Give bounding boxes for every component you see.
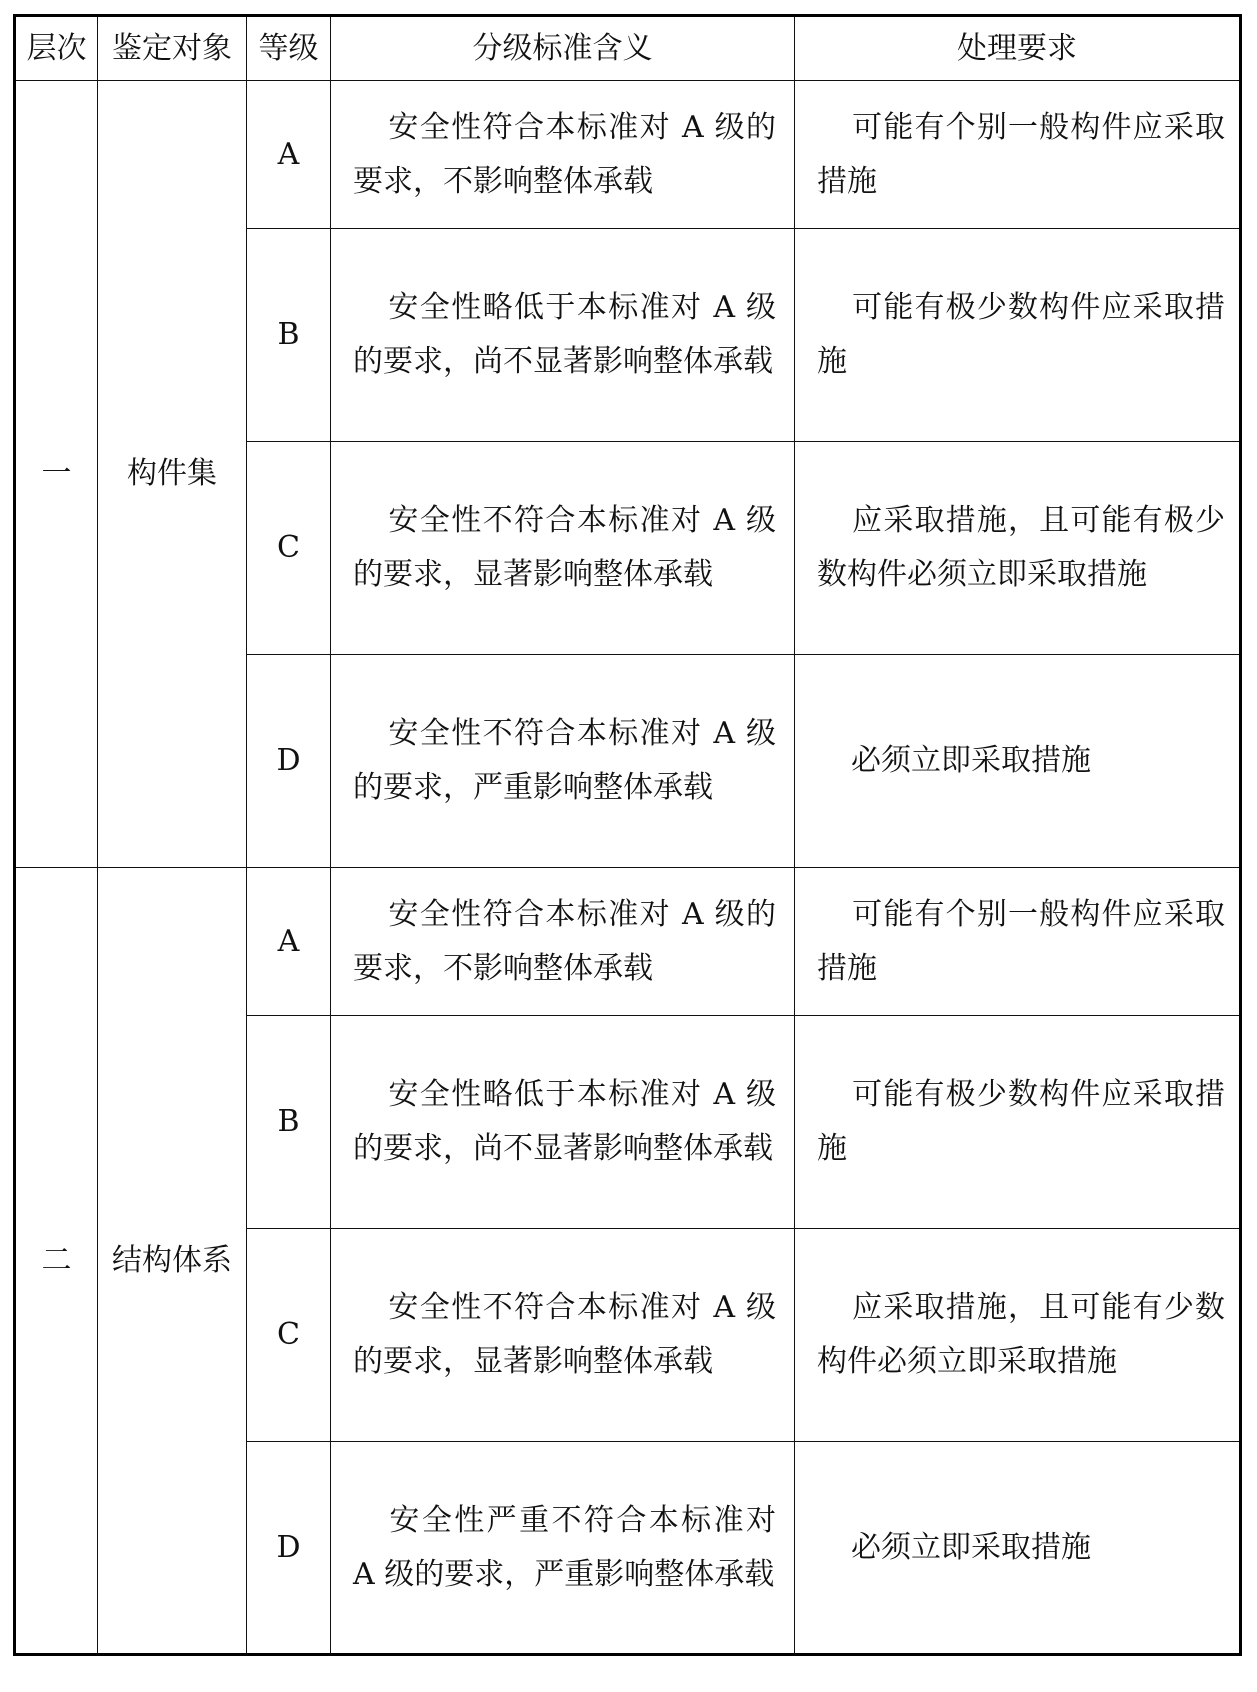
header-requirement: 处理要求 bbox=[795, 16, 1241, 81]
header-meaning: 分级标准含义 bbox=[331, 16, 795, 81]
meaning-cell: 安全性严重不符合本标准对 A 级的要求，严重影响整体承载 bbox=[331, 1442, 795, 1655]
level-cell: 二 bbox=[15, 868, 98, 1655]
meaning-cell: 安全性不符合本标准对 A 级的要求，显著影响整体承载 bbox=[331, 442, 795, 655]
grade-cell: D bbox=[247, 655, 331, 868]
header-level: 层次 bbox=[15, 16, 98, 81]
header-grade: 等级 bbox=[247, 16, 331, 81]
requirement-cell: 必须立即采取措施 bbox=[795, 1442, 1241, 1655]
safety-grading-table: 层次 鉴定对象 等级 分级标准含义 处理要求 一 构件集 A 安全性符合本标准对… bbox=[13, 14, 1242, 1656]
object-cell: 结构体系 bbox=[98, 868, 247, 1655]
grade-cell: C bbox=[247, 1229, 331, 1442]
requirement-cell: 应采取措施，且可能有少数构件必须立即采取措施 bbox=[795, 1229, 1241, 1442]
level-cell: 一 bbox=[15, 81, 98, 868]
grade-cell: D bbox=[247, 1442, 331, 1655]
header-object: 鉴定对象 bbox=[98, 16, 247, 81]
table-row: 二 结构体系 A 安全性符合本标准对 A 级的要求，不影响整体承载 可能有个别一… bbox=[15, 868, 1241, 1016]
grade-cell: B bbox=[247, 1016, 331, 1229]
grade-cell: A bbox=[247, 81, 331, 229]
meaning-cell: 安全性符合本标准对 A 级的要求，不影响整体承载 bbox=[331, 868, 795, 1016]
requirement-cell: 应采取措施，且可能有极少数构件必须立即采取措施 bbox=[795, 442, 1241, 655]
requirement-cell: 可能有个别一般构件应采取措施 bbox=[795, 868, 1241, 1016]
grade-cell: C bbox=[247, 442, 331, 655]
header-row: 层次 鉴定对象 等级 分级标准含义 处理要求 bbox=[15, 16, 1241, 81]
meaning-cell: 安全性不符合本标准对 A 级的要求，严重影响整体承载 bbox=[331, 655, 795, 868]
grade-cell: B bbox=[247, 229, 331, 442]
meaning-cell: 安全性不符合本标准对 A 级的要求，显著影响整体承载 bbox=[331, 1229, 795, 1442]
meaning-cell: 安全性略低于本标准对 A 级的要求，尚不显著影响整体承载 bbox=[331, 229, 795, 442]
requirement-cell: 可能有极少数构件应采取措施 bbox=[795, 1016, 1241, 1229]
requirement-cell: 可能有极少数构件应采取措施 bbox=[795, 229, 1241, 442]
table-row: 一 构件集 A 安全性符合本标准对 A 级的要求，不影响整体承载 可能有个别一般… bbox=[15, 81, 1241, 229]
meaning-cell: 安全性略低于本标准对 A 级的要求，尚不显著影响整体承载 bbox=[331, 1016, 795, 1229]
requirement-cell: 可能有个别一般构件应采取措施 bbox=[795, 81, 1241, 229]
meaning-cell: 安全性符合本标准对 A 级的要求，不影响整体承载 bbox=[331, 81, 795, 229]
requirement-cell: 必须立即采取措施 bbox=[795, 655, 1241, 868]
object-cell: 构件集 bbox=[98, 81, 247, 868]
grade-cell: A bbox=[247, 868, 331, 1016]
